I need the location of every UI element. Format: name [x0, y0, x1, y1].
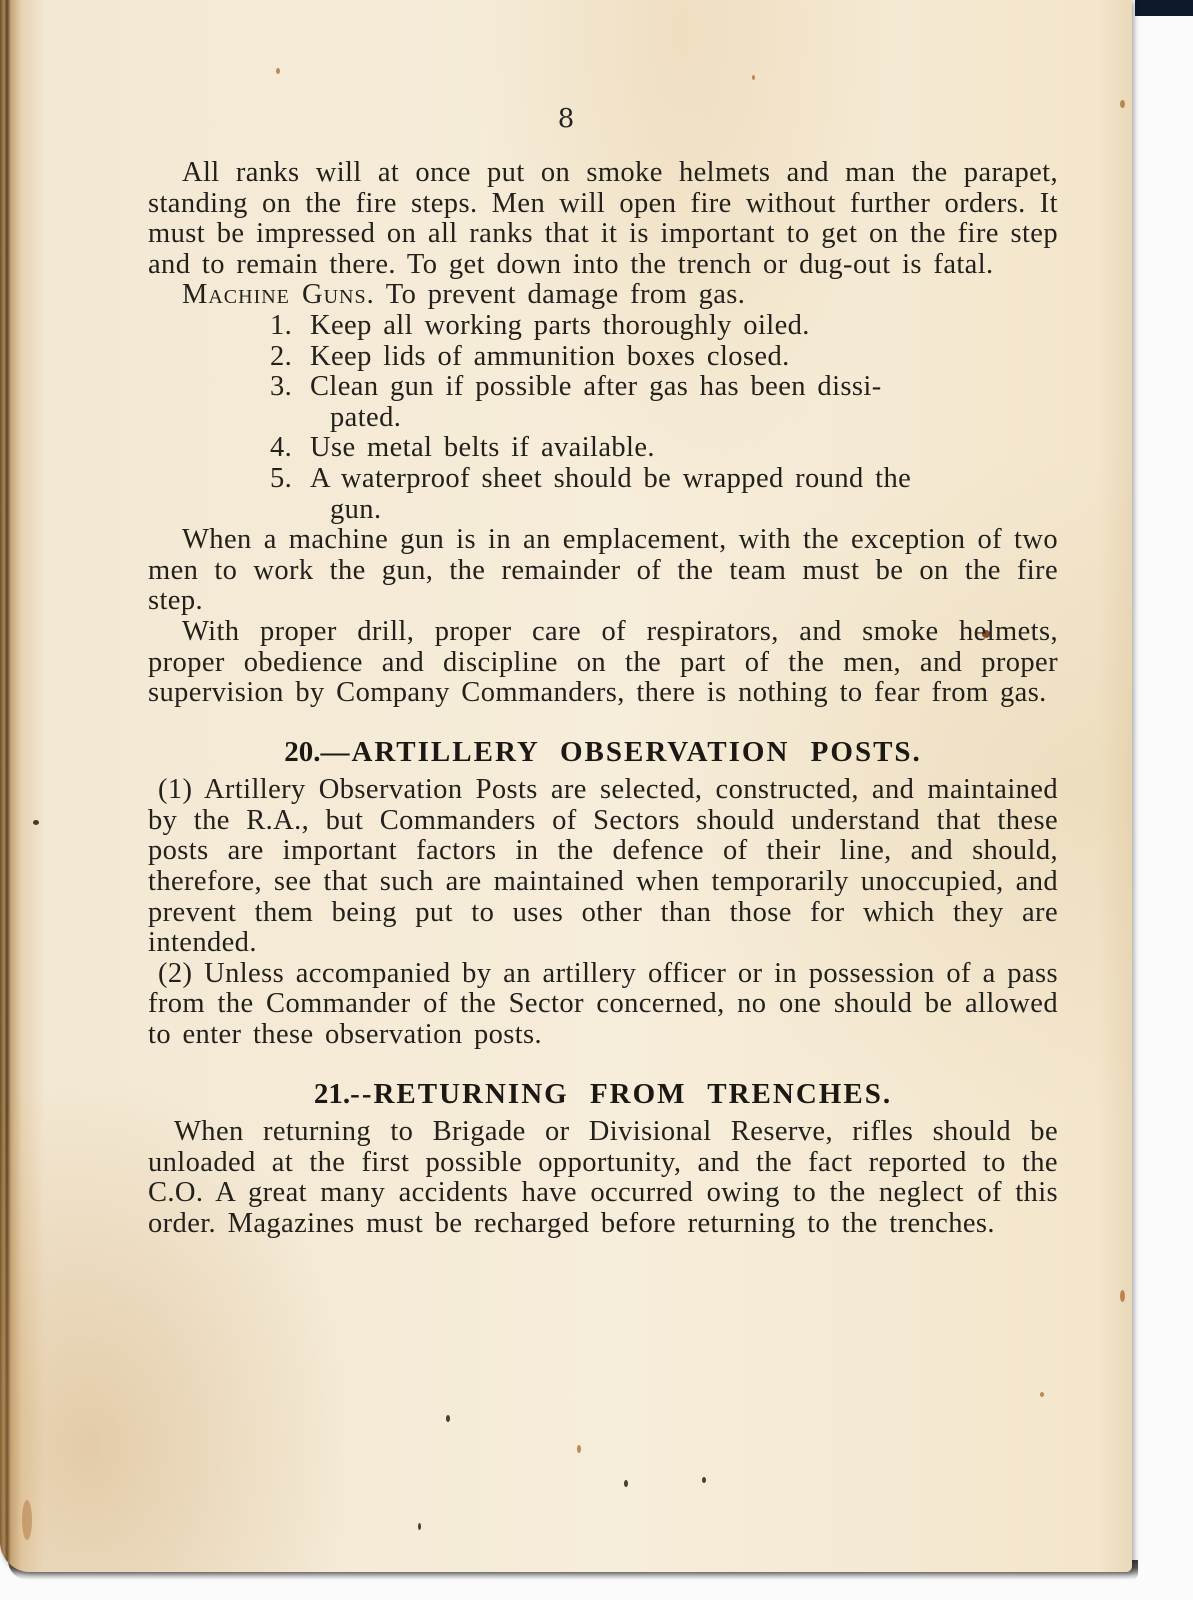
list-text: Keep lids of ammunition boxes closed.	[310, 341, 790, 372]
page-number: 8	[0, 104, 1132, 134]
machine-guns-paragraph: Machine Guns. To prevent damage from gas…	[148, 280, 1058, 311]
gas-drill-paragraph: All ranks will at once put on smoke helm…	[148, 158, 1058, 280]
section-title: —ARTILLERY OBSERVATION POSTS.	[320, 736, 921, 768]
foxing-spot	[1040, 1392, 1044, 1397]
list-number: 4.	[270, 433, 292, 464]
list-text-continuation: gun.	[310, 495, 1058, 526]
section-21-para-1: When returning to Brigade or Divisional …	[148, 1117, 1058, 1239]
foxing-spot	[276, 68, 280, 74]
foxing-spot	[1120, 1290, 1125, 1302]
list-item: 3. Clean gun if possible after gas has b…	[148, 372, 1058, 433]
emplacement-paragraph: When a machine gun is in an emplacement,…	[148, 525, 1058, 617]
list-text: A waterproof sheet should be wrapped rou…	[310, 463, 911, 494]
section-title: --RETURNING FROM TRENCHES.	[350, 1078, 892, 1110]
page-body: All ranks will at once put on smoke helm…	[148, 158, 1058, 1240]
scanned-page-image: 8 All ranks will at once put on smoke he…	[0, 0, 1193, 1600]
scanner-edge-strip	[1135, 0, 1193, 16]
section-number: 21.	[314, 1078, 350, 1110]
machine-guns-text: To prevent damage from gas.	[386, 279, 746, 310]
section-21-heading: 21.--RETURNING FROM TRENCHES.	[148, 1079, 1058, 1110]
machine-gun-precautions-list: 1. Keep all working parts thoroughly oil…	[148, 311, 1058, 525]
foxing-spot	[446, 1415, 450, 1422]
list-text: Clean gun if possible after gas has been…	[310, 371, 882, 402]
list-text: Use metal belts if available.	[310, 432, 655, 463]
foxing-spot	[702, 1477, 706, 1483]
list-number: 5.	[270, 464, 292, 495]
foxing-spot	[418, 1523, 421, 1530]
foxing-spot	[624, 1480, 628, 1487]
list-item: 4. Use metal belts if available.	[148, 433, 1058, 464]
list-text-continuation: pated.	[310, 403, 1058, 434]
foxing-spot	[33, 820, 39, 825]
section-20-para-2: (2) Unless accompanied by an artillery o…	[148, 959, 1058, 1051]
section-20-heading: 20.—ARTILLERY OBSERVATION POSTS.	[148, 737, 1058, 768]
foxing-spot	[752, 75, 755, 80]
list-number: 2.	[270, 342, 292, 373]
machine-guns-label: Machine Guns.	[182, 279, 375, 310]
foxing-spot	[577, 1445, 581, 1453]
list-item: 2. Keep lids of ammunition boxes closed.	[148, 342, 1058, 373]
list-item: 1. Keep all working parts thoroughly oil…	[148, 311, 1058, 342]
proper-drill-paragraph: With proper drill, proper care of respir…	[148, 617, 1058, 709]
book-page: 8 All ranks will at once put on smoke he…	[0, 0, 1132, 1572]
list-text: Keep all working parts thoroughly oiled.	[310, 310, 810, 341]
list-number: 1.	[270, 311, 292, 342]
list-item: 5. A waterproof sheet should be wrapped …	[148, 464, 1058, 525]
foxing-stain	[22, 1500, 32, 1540]
list-number: 3.	[270, 372, 292, 403]
section-number: 20.	[284, 736, 320, 768]
section-20-para-1: (1) Artillery Observation Posts are sele…	[148, 775, 1058, 959]
